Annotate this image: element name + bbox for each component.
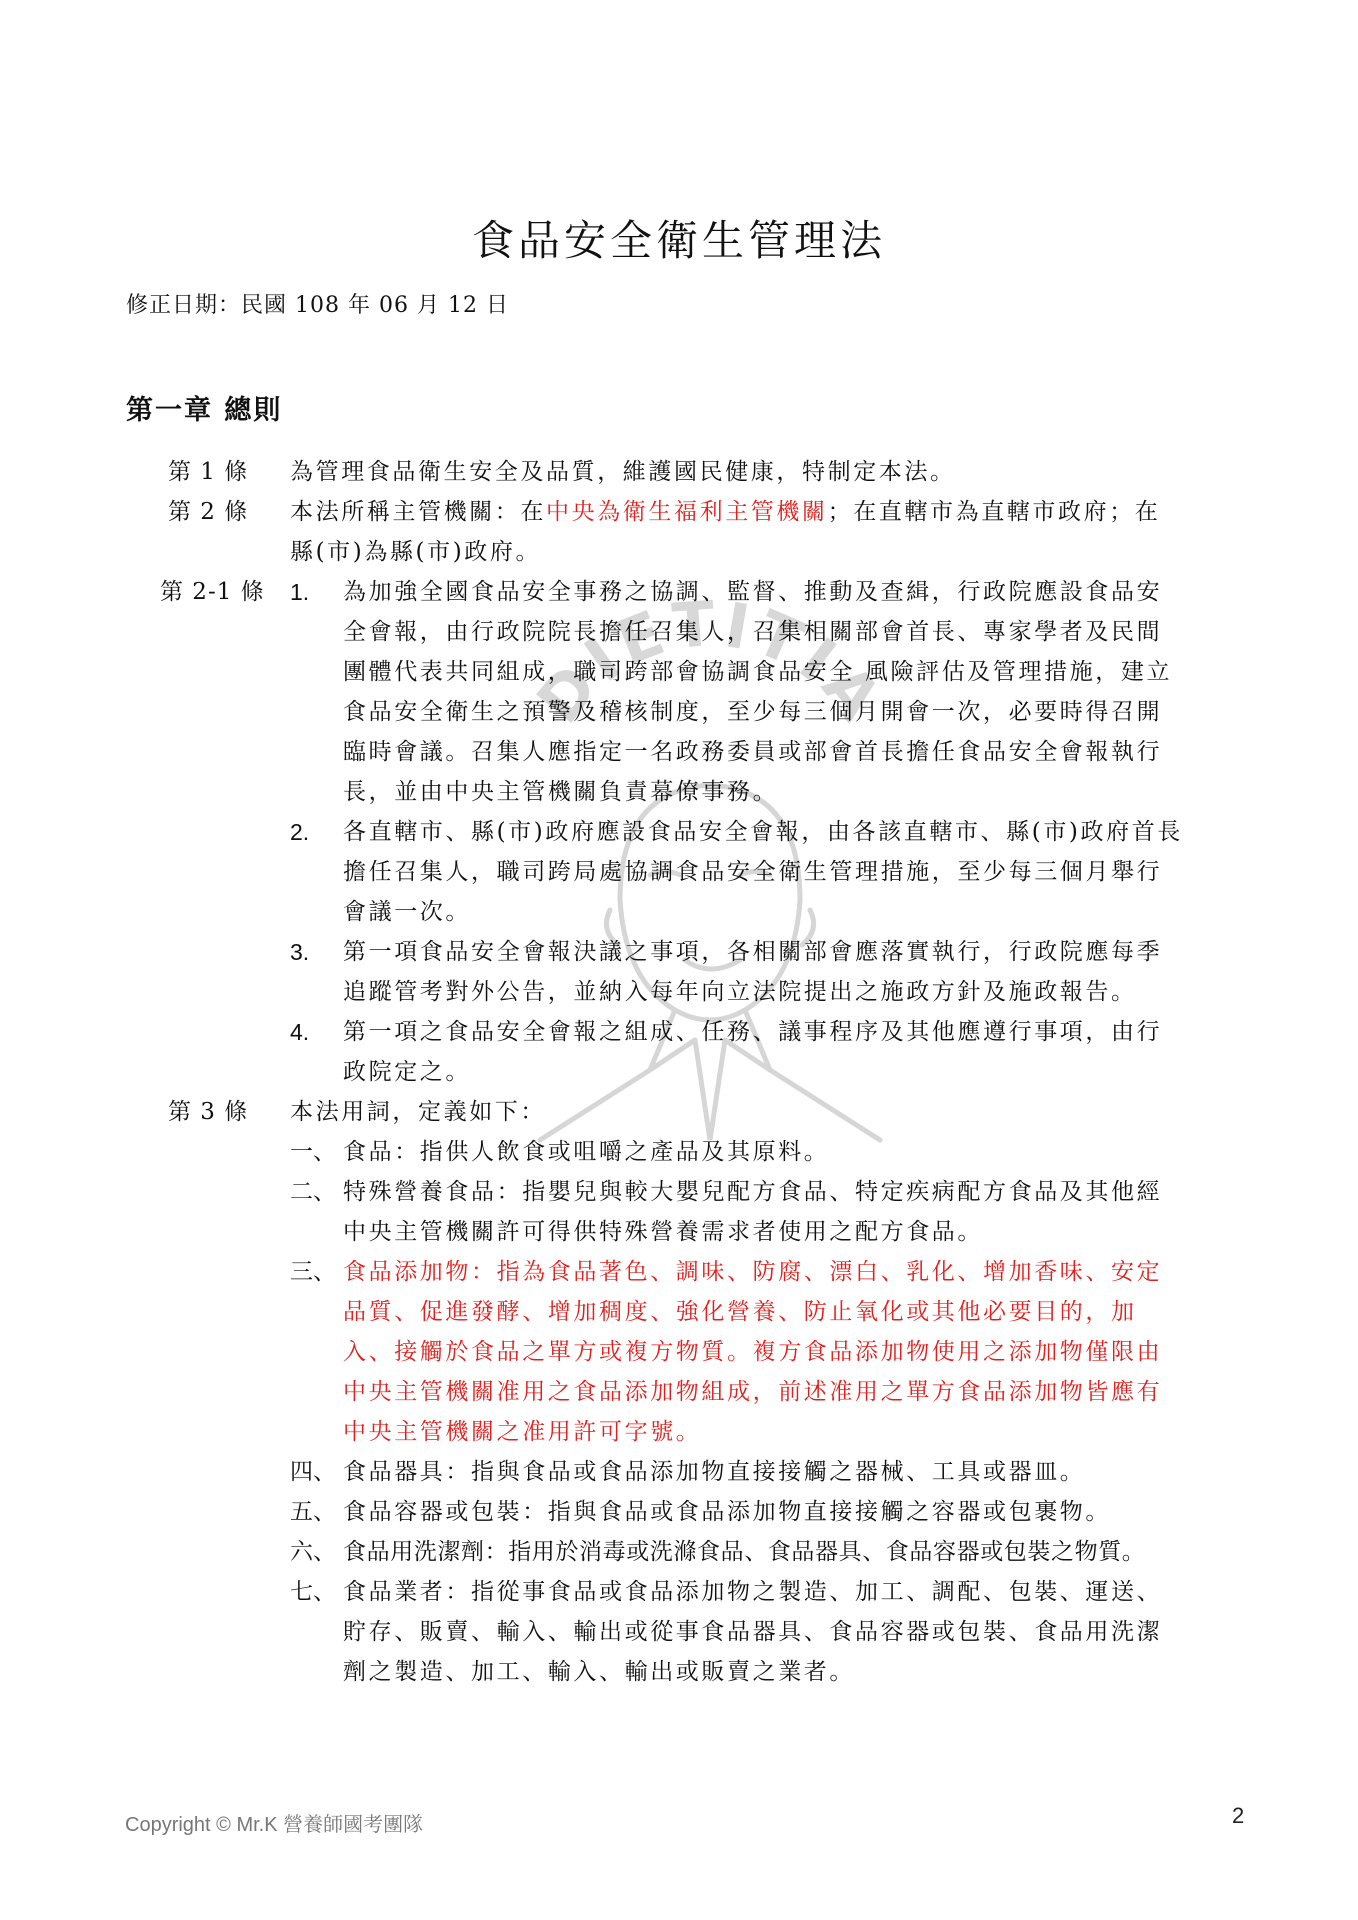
definition-item: 四、 食品器具：指與食品或食品添加物直接接觸之器械、工具或器皿。 (0, 1452, 1358, 1492)
text-segment: ；在直轄市為直轄市政府；在 (828, 499, 1161, 525)
chapter-heading: 第一章 總則 (126, 388, 282, 427)
highlighted-text: 中央主管機關之准用許可字號。 (343, 1412, 1358, 1452)
article-2-1: 第 2-1 條 1. 為加強全國食品安全事務之協調、監督、推動及查緝，行政院應設… (0, 572, 1358, 1092)
item-marker: 四、 (290, 1452, 336, 1492)
item-text: 會議一次。 (343, 892, 1358, 932)
item-text: 追蹤管考對外公告，並納入每年向立法院提出之施政方針及施政報告。 (343, 972, 1358, 1012)
item-marker: 4. (290, 1012, 309, 1052)
highlighted-text: 食品添加物：指為食品著色、調味、防腐、漂白、乳化、增加香味、安定 (343, 1252, 1358, 1292)
definition-text: 食品業者：指從事食品或食品添加物之製造、加工、調配、包裝、運送、 (343, 1572, 1358, 1612)
item-text: 擔任召集人，職司跨局處協調食品安全衛生管理措施，至少每三個月舉行 (343, 852, 1358, 892)
item-marker: 六、 (290, 1532, 336, 1572)
numbered-item: 1. 為加強全國食品安全事務之協調、監督、推動及查緝，行政院應設食品安 全會報，… (0, 572, 1358, 812)
numbered-item: 4. 第一項之食品安全會報之組成、任務、議事程序及其他應遵行事項，由行 政院定之… (0, 1012, 1358, 1092)
article-label: 第 3 條 (168, 1092, 248, 1132)
item-text: 各直轄市、縣(市)政府應設食品安全會報，由各該直轄市、縣(市)政府首長 (343, 812, 1358, 852)
article-label: 第 1 條 (168, 452, 248, 492)
page-number: 2 (1232, 1803, 1244, 1829)
item-text: 第一項之食品安全會報之組成、任務、議事程序及其他應遵行事項，由行 (343, 1012, 1358, 1052)
definition-text: 食品用洗潔劑：指用於消毒或洗滌食品、食品器具、食品容器或包裝之物質。 (343, 1532, 1358, 1572)
item-text: 政院定之。 (343, 1052, 1358, 1092)
item-marker: 一、 (290, 1132, 336, 1172)
item-text: 團體代表共同組成，職司跨部會協調食品安全 風險評估及管理措施，建立 (343, 652, 1358, 692)
definition-item: 五、 食品容器或包裝：指與食品或食品添加物直接接觸之容器或包裹物。 (0, 1492, 1358, 1532)
article-1: 第 1 條 為管理食品衛生安全及品質，維護國民健康，特制定本法。 (0, 452, 1358, 492)
highlighted-text: 入、接觸於食品之單方或複方物質。複方食品添加物使用之添加物僅限由 (343, 1332, 1358, 1372)
article-list: 第 1 條 為管理食品衛生安全及品質，維護國民健康，特制定本法。 第 2 條 本… (0, 452, 1358, 1692)
item-marker: 五、 (290, 1492, 336, 1532)
item-text: 食品安全衛生之預警及稽核制度，至少每三個月開會一次，必要時得召開 (343, 692, 1358, 732)
document-title: 食品安全衛生管理法 (0, 208, 1358, 268)
item-text: 第一項食品安全會報決議之事項，各相關部會應落實執行，行政院應每季 (343, 932, 1358, 972)
item-marker: 二、 (290, 1172, 336, 1212)
article-intro: 本法用詞，定義如下： (290, 1092, 1358, 1132)
numbered-item: 2. 各直轄市、縣(市)政府應設食品安全會報，由各該直轄市、縣(市)政府首長 擔… (0, 812, 1358, 932)
item-text: 全會報，由行政院院長擔任召集人，召集相關部會首長、專家學者及民間 (343, 612, 1358, 652)
definition-item: 二、 特殊營養食品：指嬰兒與較大嬰兒配方食品、特定疾病配方食品及其他經 中央主管… (0, 1172, 1358, 1252)
definition-text: 食品：指供人飲食或咀嚼之產品及其原料。 (343, 1132, 1358, 1172)
definition-item: 七、 食品業者：指從事食品或食品添加物之製造、加工、調配、包裝、運送、 貯存、販… (0, 1572, 1358, 1692)
revision-date: 修正日期：民國 108 年 06 月 12 日 (126, 288, 509, 319)
item-marker: 3. (290, 932, 309, 972)
highlighted-text: 品質、促進發酵、增加稠度、強化營養、防止氧化或其他必要目的，加 (343, 1292, 1358, 1332)
definition-text: 食品器具：指與食品或食品添加物直接接觸之器械、工具或器皿。 (343, 1452, 1358, 1492)
article-3: 第 3 條 本法用詞，定義如下： 一、 食品：指供人飲食或咀嚼之產品及其原料。 … (0, 1092, 1358, 1692)
highlighted-text: 中央為衛生福利主管機關 (546, 499, 828, 525)
item-text: 長，並由中央主管機關負責幕僚事務。 (343, 772, 1358, 812)
article-2: 第 2 條 本法所稱主管機關：在中央為衛生福利主管機關；在直轄市為直轄市政府；在… (0, 492, 1358, 572)
item-marker: 三、 (290, 1252, 336, 1292)
item-text: 為加強全國食品安全事務之協調、監督、推動及查緝，行政院應設食品安 (343, 572, 1358, 612)
definition-item: 六、 食品用洗潔劑：指用於消毒或洗滌食品、食品器具、食品容器或包裝之物質。 (0, 1532, 1358, 1572)
item-marker: 1. (290, 572, 309, 612)
article-text: 為管理食品衛生安全及品質，維護國民健康，特制定本法。 (290, 452, 1358, 492)
definition-item: 一、 食品：指供人飲食或咀嚼之產品及其原料。 (0, 1132, 1358, 1172)
definition-text: 中央主管機關許可得供特殊營養需求者使用之配方食品。 (343, 1212, 1358, 1252)
numbered-item: 3. 第一項食品安全會報決議之事項，各相關部會應落實執行，行政院應每季 追蹤管考… (0, 932, 1358, 1012)
article-label: 第 2 條 (168, 492, 248, 532)
definition-text: 食品容器或包裝：指與食品或食品添加物直接接觸之容器或包裹物。 (343, 1492, 1358, 1532)
definition-text: 特殊營養食品：指嬰兒與較大嬰兒配方食品、特定疾病配方食品及其他經 (343, 1172, 1358, 1212)
definition-item-highlighted: 三、 食品添加物：指為食品著色、調味、防腐、漂白、乳化、增加香味、安定 品質、促… (0, 1252, 1358, 1452)
footer-copyright: Copyright © Mr.K 營養師國考團隊 (125, 1808, 423, 1837)
item-text: 臨時會議。召集人應指定一名政務委員或部會首長擔任食品安全會報執行 (343, 732, 1358, 772)
definition-text: 劑之製造、加工、輸入、輸出或販賣之業者。 (343, 1652, 1358, 1692)
item-marker: 七、 (290, 1572, 336, 1612)
article-text: 縣(市)為縣(市)政府。 (290, 532, 1358, 572)
article-text: 本法所稱主管機關：在中央為衛生福利主管機關；在直轄市為直轄市政府；在 (290, 492, 1358, 532)
highlighted-text: 中央主管機關准用之食品添加物組成，前述准用之單方食品添加物皆應有 (343, 1372, 1358, 1412)
text-segment: 本法所稱主管機關：在 (290, 499, 546, 525)
document-page: 食品安全衛生管理法 修正日期：民國 108 年 06 月 12 日 第一章 總則… (0, 0, 1358, 1920)
definition-text: 貯存、販賣、輸入、輸出或從事食品器具、食品容器或包裝、食品用洗潔 (343, 1612, 1358, 1652)
item-marker: 2. (290, 812, 309, 852)
